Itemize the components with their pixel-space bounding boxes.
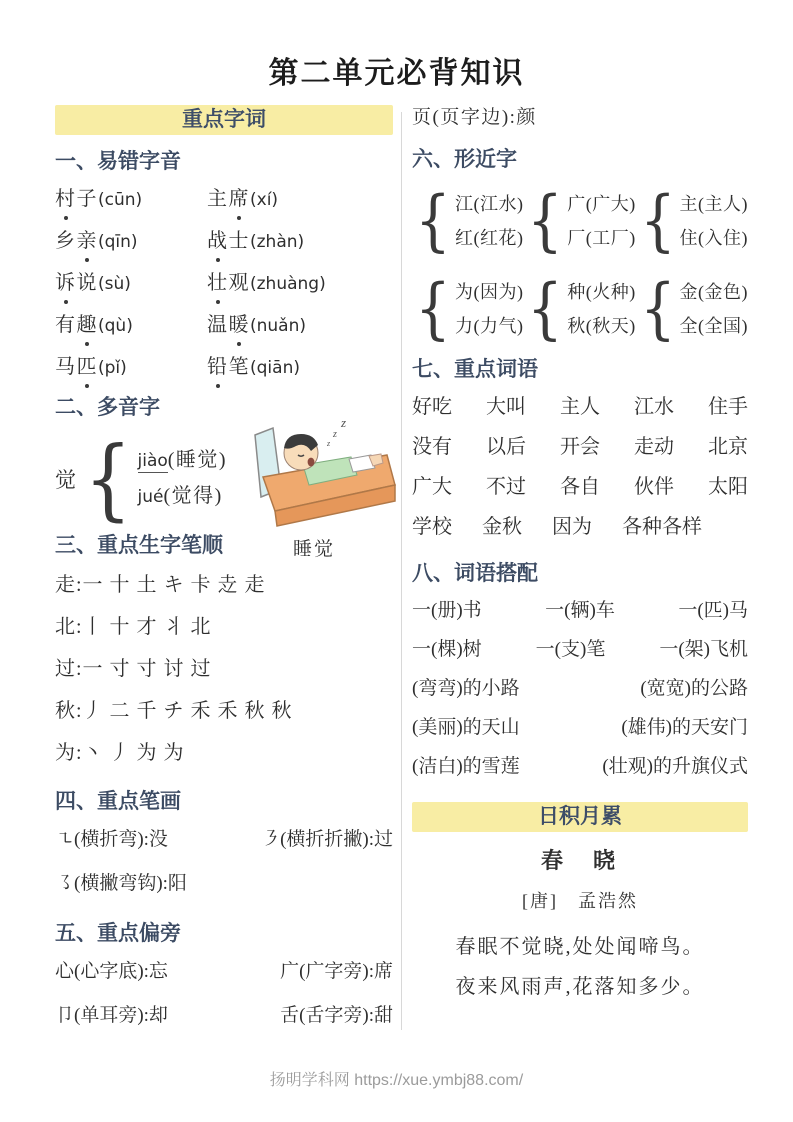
brace-glyph: { (415, 181, 451, 261)
collocation-row: (美丽)的天山 (雄伟)的天安门 (412, 712, 748, 751)
pinyin: (nuǎn) (250, 316, 306, 336)
brace-group: {广(广大)厂(工厂) (524, 181, 636, 261)
word-item: 主席(xí) (207, 183, 393, 225)
brace-glyph: { (415, 269, 451, 349)
reading-word: (睡觉) (168, 449, 227, 471)
heading-bihua: 四、重点笔画 (55, 789, 393, 815)
collocation-item: 一(棵)树 (412, 634, 482, 673)
word-pre: 马 (55, 356, 77, 378)
brace-group: {种(火种)秋(秋天) (524, 269, 636, 349)
stroke-item: ㇌(横撇弯钩):阳 (55, 873, 187, 894)
pinyin-underlined: jiào (138, 451, 168, 473)
dotted-char: 趣 (77, 309, 99, 341)
radical-row: 卩(单耳旁):却 舌(舌字旁):甜 (55, 999, 393, 1043)
watermark-footer: 扬明学科网 https://xue.ymbj88.com/ (0, 1067, 793, 1090)
word-item: 诉说(sù) (55, 267, 207, 309)
sleeping-boy-drawing: z z z (229, 413, 399, 533)
similar-pair-item: 全(全国) (680, 315, 749, 337)
dotted-char: 暖 (229, 309, 251, 341)
word-pre: 乡 (55, 230, 77, 252)
reading-word: (觉得) (163, 485, 222, 507)
key-word: 住手 (708, 391, 748, 431)
stroke-row: ㇍(横折弯):没 ㇋(横折折撇):过 (55, 823, 393, 867)
key-word: 广大 (412, 471, 452, 511)
dotted-char: 铅 (207, 351, 229, 383)
radical-item-continued: 页(页字边):颜 (412, 105, 748, 133)
collocation-item: 一(架)飞机 (659, 634, 748, 673)
key-word: 因为 (552, 511, 592, 551)
dotted-char: 席 (229, 183, 251, 215)
dotted-char: 亲 (77, 225, 99, 257)
zzz-text: z (326, 439, 331, 448)
stroke-row: ㇌(横撇弯钩):阳 (55, 867, 393, 911)
pinyin: (pǐ) (98, 358, 127, 378)
key-word: 走动 (634, 431, 674, 471)
section-band-accumulation: 日积月累 (412, 802, 748, 832)
stroke-order-row: 北:丨 十 才 丬 北 (55, 609, 393, 651)
word-item: 铅笔(qiān) (207, 351, 393, 393)
pinyin: (zhàn) (250, 232, 304, 252)
polyphone-group: 觉 { jiào(睡觉) jué(觉得) (55, 435, 227, 523)
pinyin: (zhuàng) (250, 274, 326, 294)
open-mouth (308, 458, 315, 467)
collocation-item: (美丽)的天山 (412, 712, 520, 751)
dotted-char: 诉 (55, 267, 77, 299)
pinyin: jué (138, 487, 164, 507)
key-words-row: 好吃 大叫 主人 江水 住手 (412, 391, 748, 431)
pinyin: (cūn) (98, 190, 142, 210)
brace-group: {为(因为)力(力气) (412, 269, 524, 349)
word-item: 战士(zhàn) (207, 225, 393, 267)
key-word: 主人 (560, 391, 600, 431)
right-column: 页(页字边):颜 六、形近字 {江(江水)红(红花) {广(广大)厂(工厂) {… (412, 105, 748, 1007)
poem-line: 夜来风雨声,花落知多少。 (412, 967, 748, 1007)
key-word: 不过 (486, 471, 526, 511)
key-word: 以后 (486, 431, 526, 471)
collocation-row: (洁白)的雪莲 (壮观)的升旗仪式 (412, 751, 748, 790)
word-item: 温暖(nuǎn) (207, 309, 393, 351)
word-item: 乡亲(qīn) (55, 225, 207, 267)
cartoon-caption: 睡觉 (229, 534, 399, 561)
brace-glyph: { (527, 269, 563, 349)
word-post: 观 (229, 272, 251, 294)
heading-ciyu-dapei: 八、词语搭配 (412, 561, 748, 587)
heading-xingjinzi: 六、形近字 (412, 147, 748, 173)
poem-title: 春 晓 (412, 844, 748, 875)
collocation-item: 一(支)笔 (536, 634, 606, 673)
word-post: 子 (77, 188, 99, 210)
similar-pair-item: 厂(工厂) (567, 227, 636, 249)
sleeping-boy-illustration: z z z 睡觉 (229, 413, 399, 561)
key-word: 太阳 (708, 471, 748, 511)
word-pre: 主 (207, 188, 229, 210)
similar-pair-item: 广(广大) (567, 193, 636, 215)
poem-line: 春眠不觉晓,处处闻啼鸟。 (412, 927, 748, 967)
dotted-char: 壮 (207, 267, 229, 299)
brace-group: {主(主人)住(入住) (637, 181, 749, 261)
easily-misread-words-grid: 村子(cūn) 主席(xí) 乡亲(qīn) 战士(zhàn) 诉说(sù) 壮… (55, 183, 393, 393)
radical-item: 舌(舌字旁):甜 (280, 999, 393, 1043)
collocation-item: 一(匹)马 (678, 595, 748, 634)
key-word: 大叫 (486, 391, 526, 431)
similar-pair-item: 江(江水) (455, 193, 524, 215)
word-post: 士 (229, 230, 251, 252)
reading-jue: jué(觉得) (138, 484, 228, 510)
word-post: 说 (77, 272, 99, 294)
left-column: 重点字词 一、易错字音 村子(cūn) 主席(xí) 乡亲(qīn) 战士(zh… (55, 105, 393, 1043)
key-word: 各种各样 (622, 511, 702, 551)
key-words-row: 学校 金秋 因为 各种各样 (412, 511, 748, 551)
key-word: 江水 (634, 391, 674, 431)
key-word: 好吃 (412, 391, 452, 431)
dotted-char: 匹 (77, 351, 99, 383)
collocation-row: 一(册)书 一(辆)车 一(匹)马 (412, 595, 748, 634)
heading-pianpang: 五、重点偏旁 (55, 921, 393, 947)
collocation-item: 一(册)书 (412, 595, 482, 634)
heading-zhongdian-ciyu: 七、重点词语 (412, 357, 748, 383)
dotted-char: 战 (207, 225, 229, 257)
word-pre: 温 (207, 314, 229, 336)
key-words-row: 没有 以后 开会 走动 北京 (412, 431, 748, 471)
stroke-order-row: 走:一 十 土 キ 卡 赱 走 (55, 567, 393, 609)
similar-pair-item: 主(主人) (680, 193, 749, 215)
brace-glyph: { (527, 181, 563, 261)
key-word: 金秋 (482, 511, 522, 551)
study-sheet-page: 第二单元必背知识 重点字词 一、易错字音 村子(cūn) 主席(xí) 乡亲(q… (0, 0, 793, 1122)
poem-block: 春 晓 [唐] 孟浩然 春眠不觉晓,处处闻啼鸟。 夜来风雨声,花落知多少。 (412, 844, 748, 1007)
collocation-item: (雄伟)的天安门 (621, 712, 748, 751)
section-band-key-words: 重点字词 (55, 105, 393, 135)
collocation-item: (弯弯)的小路 (412, 673, 520, 712)
polyphone-block: 觉 { jiào(睡觉) jué(觉得) (55, 429, 393, 533)
radical-item: 卩(单耳旁):却 (55, 999, 168, 1043)
key-word: 没有 (412, 431, 452, 471)
stroke-item: ㇍(横折弯):没 (55, 823, 168, 867)
key-word: 开会 (560, 431, 600, 471)
collocation-row: 一(棵)树 一(支)笔 一(架)飞机 (412, 634, 748, 673)
stroke-order-row: 秋:丿 二 千 チ 禾 禾 秋 秋 (55, 693, 393, 735)
similar-chars-row: {江(江水)红(红花) {广(广大)厂(工厂) {主(主人)住(入住) (412, 181, 748, 261)
pinyin: (sù) (98, 274, 131, 294)
collocation-item: (宽宽)的公路 (640, 673, 748, 712)
key-word: 学校 (412, 511, 452, 551)
similar-pair-item: 为(因为) (455, 281, 524, 303)
brace-group: {金(金色)全(全国) (637, 269, 749, 349)
brace-glyph: { (640, 181, 676, 261)
stroke-order-row: 过:一 寸 寸 讨 过 (55, 651, 393, 693)
poem-author: [唐] 孟浩然 (412, 887, 748, 913)
key-word: 各自 (560, 471, 600, 511)
similar-pair-item: 金(金色) (680, 281, 749, 303)
page-title: 第二单元必背知识 (0, 48, 793, 92)
dotted-char: 村 (55, 183, 77, 215)
pinyin: (qīn) (98, 232, 138, 252)
brace-glyph: { (640, 269, 676, 349)
similar-pair-item: 红(红花) (455, 227, 524, 249)
similar-pair-item: 种(火种) (567, 281, 636, 303)
key-word: 北京 (708, 431, 748, 471)
heading-yicuo-ziyin: 一、易错字音 (55, 149, 393, 175)
collocation-row: (弯弯)的小路 (宽宽)的公路 (412, 673, 748, 712)
zzz-text: z (332, 429, 337, 440)
zzz-text: z (340, 415, 346, 430)
word-post: 笔 (229, 356, 251, 378)
collocation-item: (洁白)的雪莲 (412, 751, 520, 790)
radical-item: 广(广字旁):席 (280, 955, 393, 999)
stroke-item: ㇋(横折折撇):过 (261, 823, 393, 867)
reading-jiao: jiào(睡觉) (138, 448, 228, 474)
similar-pair-item: 力(力气) (455, 315, 524, 337)
collocation-item: (壮观)的升旗仪式 (602, 751, 748, 790)
word-pre: 有 (55, 314, 77, 336)
polyphone-char: 觉 (55, 464, 78, 494)
similar-pair-item: 秋(秋天) (567, 315, 636, 337)
column-divider (401, 112, 402, 1030)
pinyin: (qiān) (250, 358, 300, 378)
word-item: 村子(cūn) (55, 183, 207, 225)
word-item: 壮观(zhuàng) (207, 267, 393, 309)
pinyin: (qù) (98, 316, 133, 336)
similar-chars-row: {为(因为)力(力气) {种(火种)秋(秋天) {金(金色)全(全国) (412, 269, 748, 349)
word-item: 马匹(pǐ) (55, 351, 207, 393)
key-word: 伙伴 (634, 471, 674, 511)
key-words-row: 广大 不过 各自 伙伴 太阳 (412, 471, 748, 511)
brace-group: {江(江水)红(红花) (412, 181, 524, 261)
similar-pair-item: 住(入住) (680, 227, 749, 249)
stroke-order-row: 为:丶 丿 为 为 (55, 735, 393, 777)
radical-row: 心(心字底):忘 广(广字旁):席 (55, 955, 393, 999)
word-item: 有趣(qù) (55, 309, 207, 351)
pinyin: (xí) (250, 190, 278, 210)
collocation-item: 一(辆)车 (545, 595, 615, 634)
radical-item: 心(心字底):忘 (55, 955, 168, 999)
brace-glyph: { (84, 435, 132, 523)
